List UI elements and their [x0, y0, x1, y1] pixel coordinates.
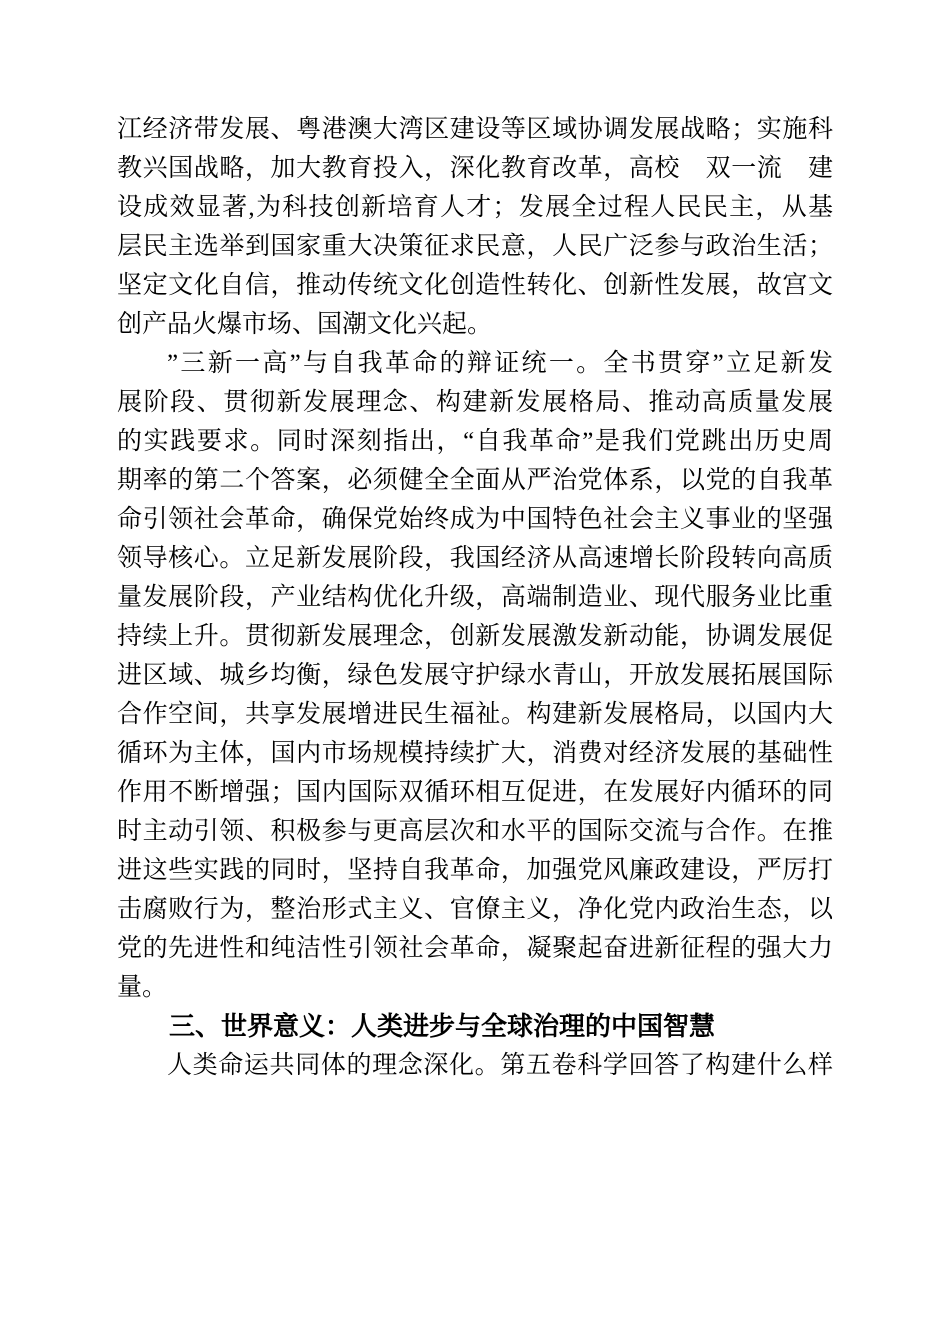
paragraph-2-line-17: 量。 [117, 968, 833, 1007]
paragraph-2-line-3: 的实践要求。同时深刻指出，“自我革命”是我们党跳出历史周 [117, 422, 833, 461]
paragraph-2-line-7: 量发展阶段，产业结构优化升级，高端制造业、现代服务业比重 [117, 578, 833, 617]
paragraph-2-line-9: 进区域、城乡均衡，绿色发展守护绿水青山，开放发展拓展国际 [117, 656, 833, 695]
paragraph-2-line-5: 命引领社会革命，确保党始终成为中国特色社会主义事业的坚强 [117, 500, 833, 539]
paragraph-1-line-2: 教兴国战略，加大教育投入，深化教育改革，高校 双一流 建 [117, 149, 833, 188]
paragraph-1-line-6: 创产品火爆市场、国潮文化兴起。 [117, 305, 833, 344]
paragraph-2-line-10: 合作空间，共享发展增进民生福祉。构建新发展格局，以国内大 [117, 695, 833, 734]
paragraph-2-line-13: 时主动引领、积极参与更高层次和水平的国际交流与合作。在推 [117, 812, 833, 851]
paragraph-1-line-4: 层民主选举到国家重大决策征求民意，人民广泛参与政治生活； [117, 227, 833, 266]
paragraph-2-line-8: 持续上升。贯彻新发展理念，创新发展激发新动能，协调发展促 [117, 617, 833, 656]
paragraph-2-line-6: 领导核心。立足新发展阶段，我国经济从高速增长阶段转向高质 [117, 539, 833, 578]
document-text-block: 江经济带发展、粤港澳大湾区建设等区域协调发展战略；实施科 教兴国战略，加大教育投… [117, 110, 833, 1085]
section-heading: 三、世界意义：人类进步与全球治理的中国智慧 [117, 1007, 833, 1046]
paragraph-2-line-12: 作用不断增强；国内国际双循环相互促进，在发展好内循环的同 [117, 773, 833, 812]
paragraph-2-line-1: ”三新一高”与自我革命的辩证统一。全书贯穿”立足新发 [117, 344, 833, 383]
paragraph-2-line-16: 党的先进性和纯洁性引领社会革命，凝聚起奋进新征程的强大力 [117, 929, 833, 968]
paragraph-2-line-2: 展阶段、贯彻新发展理念、构建新发展格局、推动高质量发展 [117, 383, 833, 422]
paragraph-2-line-4: 期率的第二个答案，必须健全全面从严治党体系，以党的自我革 [117, 461, 833, 500]
paragraph-2-line-11: 循环为主体，国内市场规模持续扩大，消费对经济发展的基础性 [117, 734, 833, 773]
paragraph-2-line-14: 进这些实践的同时，坚持自我革命，加强党风廉政建设，严厉打 [117, 851, 833, 890]
paragraph-2-line-15: 击腐败行为，整治形式主义、官僚主义，净化党内政治生态，以 [117, 890, 833, 929]
document-page: 江经济带发展、粤港澳大湾区建设等区域协调发展战略；实施科 教兴国战略，加大教育投… [0, 0, 950, 1343]
paragraph-1-line-5: 坚定文化自信，推动传统文化创造性转化、创新性发展，故宫文 [117, 266, 833, 305]
paragraph-1-line-3: 设成效显著,为科技创新培育人才；发展全过程人民民主，从基 [117, 188, 833, 227]
paragraph-1-line-1: 江经济带发展、粤港澳大湾区建设等区域协调发展战略；实施科 [117, 110, 833, 149]
paragraph-3-line-1: 人类命运共同体的理念深化。第五卷科学回答了构建什么样 [117, 1046, 833, 1085]
